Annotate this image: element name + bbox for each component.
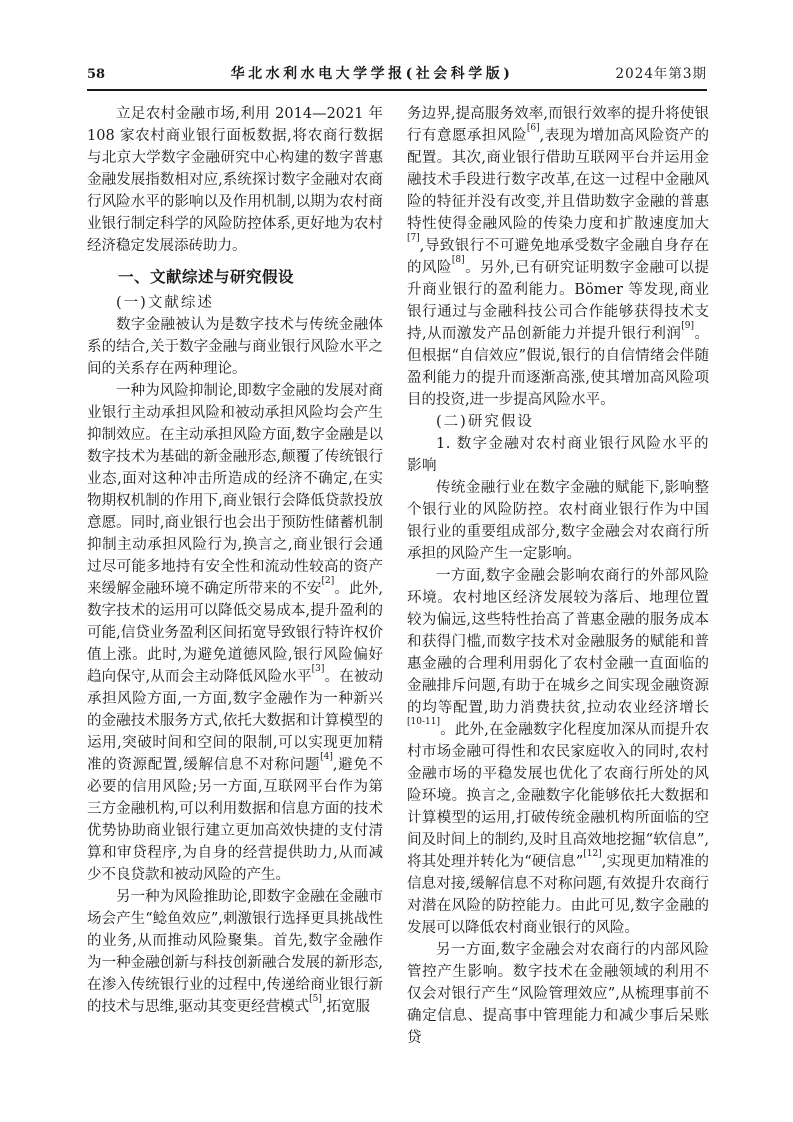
paragraph-continuation: 务边界,提高服务效率,而银行效率的提升将使银行有意愿承担风险[6],表现为增加高… [407,103,709,411]
page-number: 58 [87,67,147,82]
paragraph: 一方面,数字金融会影响农商行的外部风险环境。农村地区经济发展较为落后、地理位置较… [407,565,709,939]
issue-label: 2024年第3期 [597,62,707,82]
paragraph: 一种为风险抑制论,即数字金融的发展对商业银行主动承担风险和被动承担风险均会产生抑… [87,380,383,886]
right-column: 务边界,提高服务效率,而银行效率的提升将使银行有意愿承担风险[6],表现为增加高… [407,103,709,1049]
journal-title: 华北水利水电大学学报(社会科学版) [147,63,597,83]
paragraph: 传统金融行业在数字金融的赋能下,影响整个银行业的风险防控。农村商业银行作为中国银… [407,477,709,565]
paragraph: 立足农村金融市场,利用 2014—2021 年 108 家农村商业银行面板数据,… [87,103,383,257]
subsection-heading: (一)文献综述 [87,292,383,314]
paragraph: 数字金融被认为是数字技术与传统金融体系的结合,关于数字金融与商业银行风险水平之间… [87,314,383,380]
hypothesis-heading: 1. 数字金融对农村商业银行风险水平的影响 [407,433,709,477]
section-heading: 一、文献综述与研究假设 [87,266,383,288]
running-head: 58 华北水利水电大学学报(社会科学版) 2024年第3期 [87,62,707,83]
left-column: 立足农村金融市场,利用 2014—2021 年 108 家农村商业银行面板数据,… [87,103,383,1018]
journal-page: 58 华北水利水电大学学报(社会科学版) 2024年第3期 立足农村金融市场,利… [0,0,793,1122]
subsection-heading: (二)研究假设 [407,411,709,433]
paragraph: 另一种为风险推助论,即数字金融在金融市场会产生“鲶鱼效应”,刺激银行选择更具挑战… [87,886,383,1018]
header-rule [87,89,707,91]
paragraph: 另一方面,数字金融会对农商行的内部风险管控产生影响。数字技术在金融领域的利用不仅… [407,939,709,1049]
